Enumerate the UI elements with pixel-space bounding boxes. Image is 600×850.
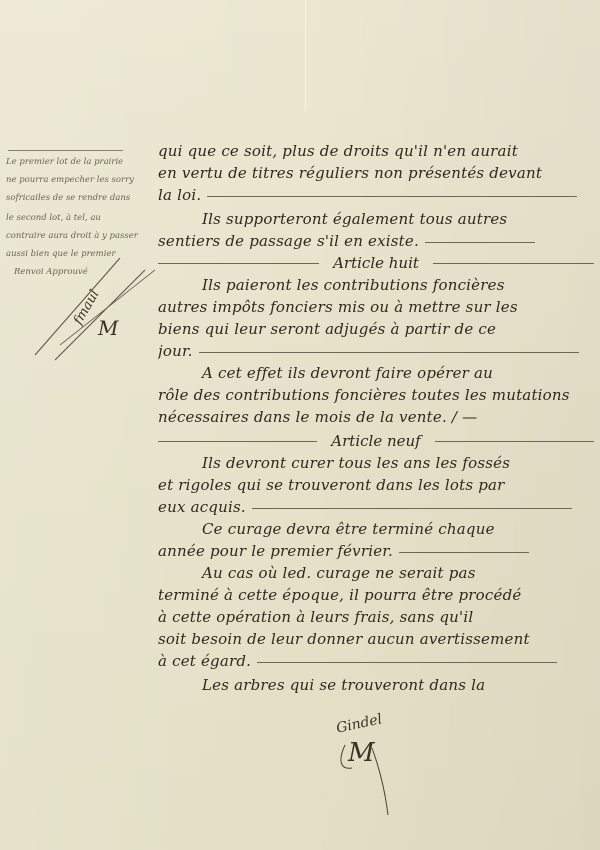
signature-flourish (0, 0, 600, 850)
